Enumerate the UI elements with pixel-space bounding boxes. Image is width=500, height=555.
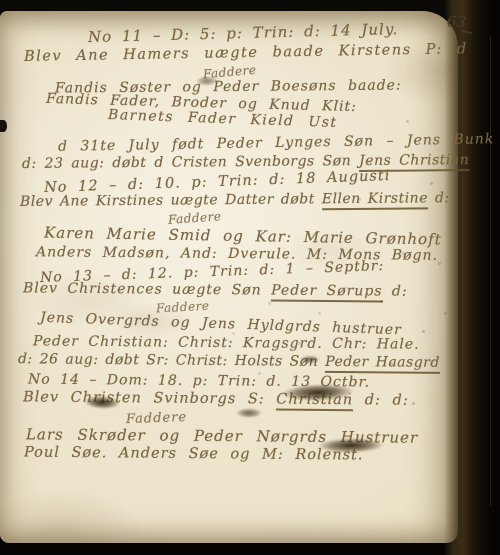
manuscript-line: Blev Christences uægte Søn Peder Sørups … xyxy=(23,280,408,299)
faddere-heading: Faddere xyxy=(126,410,188,427)
line-text: Poul Søe. Anders Søe og M: Rolenst. xyxy=(24,445,364,464)
line-text: d: 26 aug: døbt Sr: Christ: Holsts Søn xyxy=(18,351,325,370)
binding-scratch xyxy=(490,36,491,506)
ink-blot xyxy=(196,76,218,86)
line-text: Faddere xyxy=(126,410,188,427)
scanned-register-page: 63 No 11 – D: 5: p: Trin: d: 14 July. Bl… xyxy=(0,0,500,555)
page-number: 63 xyxy=(446,12,466,31)
underlined-name: Peder Haasgrd xyxy=(325,354,440,374)
manuscript-line: Blev Ane Kirstines uægte Datter døbt Ell… xyxy=(20,190,450,210)
faddere-heading: Faddere xyxy=(156,299,210,316)
line-text: Blev Christen Svinborgs S: xyxy=(23,389,276,407)
page-edge-nick xyxy=(0,120,7,132)
book-binding-edge xyxy=(444,0,500,555)
underlined-name: Peder Sørups xyxy=(271,282,383,302)
manuscript-line: Poul Søe. Anders Søe og M: Rolenst. xyxy=(24,445,364,464)
manuscript-line: d: 23 aug: døbt d Cristen Svenborgs Søn … xyxy=(22,152,469,172)
manuscript-line: Peder Christian: Christ: Kragsgrd. Chr: … xyxy=(33,333,420,352)
line-text: Blev Ane Kirstines uægte Datter døbt xyxy=(20,191,322,210)
line-text: d: 23 aug: døbt d Cristen Svenborgs Søn xyxy=(22,153,359,172)
ink-blot xyxy=(236,408,262,418)
line-text: Peder Christian: Christ: Kragsgrd. Chr: … xyxy=(33,333,420,352)
line-text: d: xyxy=(428,190,450,206)
line-text: Blev Christences uægte Søn xyxy=(23,280,271,298)
foxing-specks xyxy=(0,0,3,3)
line-text: d: xyxy=(382,283,407,299)
ink-blot xyxy=(300,355,320,364)
line-text: d: d: xyxy=(353,392,409,408)
line-text: Faddere xyxy=(156,299,210,316)
underlined-name: Ellen Kirstine xyxy=(322,190,428,210)
